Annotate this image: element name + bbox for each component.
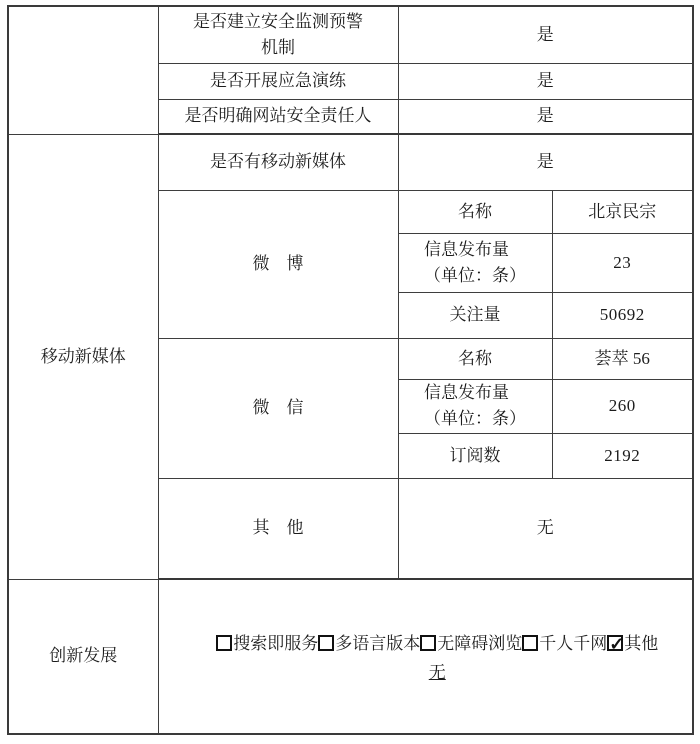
checkbox-label-other: 其他 <box>624 634 658 653</box>
wechat-label: 微 信 <box>158 338 398 478</box>
checkbox-label-search-service: 搜索即服务 <box>233 634 318 653</box>
label-line1: 是否建立安全监测预警 <box>159 9 398 35</box>
row-has-mobile-media: 移动新媒体 是否有移动新媒体 是 <box>8 134 693 190</box>
has-mobile-media-label: 是否有移动新媒体 <box>158 134 398 190</box>
innovation-content-cell: 搜索即服务多语言版本无障碍浏览千人千网其他 无 <box>158 579 693 734</box>
other-media-value: 无 <box>398 478 693 579</box>
checkbox-item-multilingual: 多语言版本 <box>318 634 420 653</box>
has-mobile-media-value: 是 <box>398 134 693 190</box>
weibo-followers-value: 50692 <box>552 292 693 338</box>
innovation-other-text: 无 <box>429 660 446 686</box>
security-responsible-value: 是 <box>398 99 693 134</box>
wechat-subscribers-label: 订阅数 <box>398 433 552 478</box>
checkbox-label-personalized: 千人千网 <box>539 634 607 653</box>
checkbox-item-personalized: 千人千网 <box>522 634 607 653</box>
checkbox-label-accessibility: 无障碍浏览 <box>437 634 522 653</box>
security-monitoring-label: 是否建立安全监测预警 机制 <box>158 6 398 63</box>
checkbox-label-multilingual: 多语言版本 <box>335 634 420 653</box>
row-security-monitoring: 是否建立安全监测预警 机制 是 <box>8 6 693 63</box>
other-media-label: 其 他 <box>158 478 398 579</box>
weibo-followers-label: 关注量 <box>398 292 552 338</box>
annual-report-table: 是否建立安全监测预警 机制 是 是否开展应急演练 是 是否明确网站安全责任人 是… <box>7 5 694 735</box>
emergency-drill-label: 是否开展应急演练 <box>158 63 398 99</box>
security-monitoring-value: 是 <box>398 6 693 63</box>
wechat-subscribers-value: 2192 <box>552 433 693 478</box>
weibo-publish-label: 信息发布量 （单位：条） <box>398 233 552 292</box>
weibo-publish-value: 23 <box>552 233 693 292</box>
weibo-name-label: 名称 <box>398 190 552 233</box>
checkbox-item-other: 其他 <box>607 634 658 653</box>
report-page: { "colors": { "border": "#3e3e3e", "text… <box>0 0 700 744</box>
category-cell-innovation: 创新发展 <box>8 579 158 734</box>
checkbox-personalized[interactable] <box>522 635 538 651</box>
publish-label-line1: 信息发布量 <box>424 237 526 263</box>
publish-label-line1: 信息发布量 <box>424 380 526 406</box>
publish-label-line2: （单位：条） <box>424 263 526 289</box>
checkbox-line: 搜索即服务多语言版本无障碍浏览千人千网其他 <box>193 628 683 660</box>
checkbox-item-search-service: 搜索即服务 <box>216 634 318 653</box>
emergency-drill-value: 是 <box>398 63 693 99</box>
innovation-other-line: 无 <box>193 660 683 686</box>
checkbox-item-accessibility: 无障碍浏览 <box>420 634 522 653</box>
checkbox-accessibility[interactable] <box>420 635 436 651</box>
publish-label-line2: （单位：条） <box>424 406 526 432</box>
category-cell-empty <box>8 6 158 134</box>
weibo-name-value: 北京民宗 <box>552 190 693 233</box>
checkbox-other[interactable] <box>607 635 623 651</box>
label-line2: 机制 <box>159 35 398 61</box>
wechat-publish-label: 信息发布量 （单位：条） <box>398 379 552 433</box>
weibo-label: 微 博 <box>158 190 398 338</box>
row-innovation: 创新发展 搜索即服务多语言版本无障碍浏览千人千网其他 无 <box>8 579 693 734</box>
wechat-name-value: 荟萃 56 <box>552 338 693 379</box>
wechat-name-label: 名称 <box>398 338 552 379</box>
wechat-publish-value: 260 <box>552 379 693 433</box>
checkbox-search-service[interactable] <box>216 635 232 651</box>
category-cell-mobile-media: 移动新媒体 <box>8 134 158 579</box>
checkbox-multilingual[interactable] <box>318 635 334 651</box>
security-responsible-label: 是否明确网站安全责任人 <box>158 99 398 134</box>
